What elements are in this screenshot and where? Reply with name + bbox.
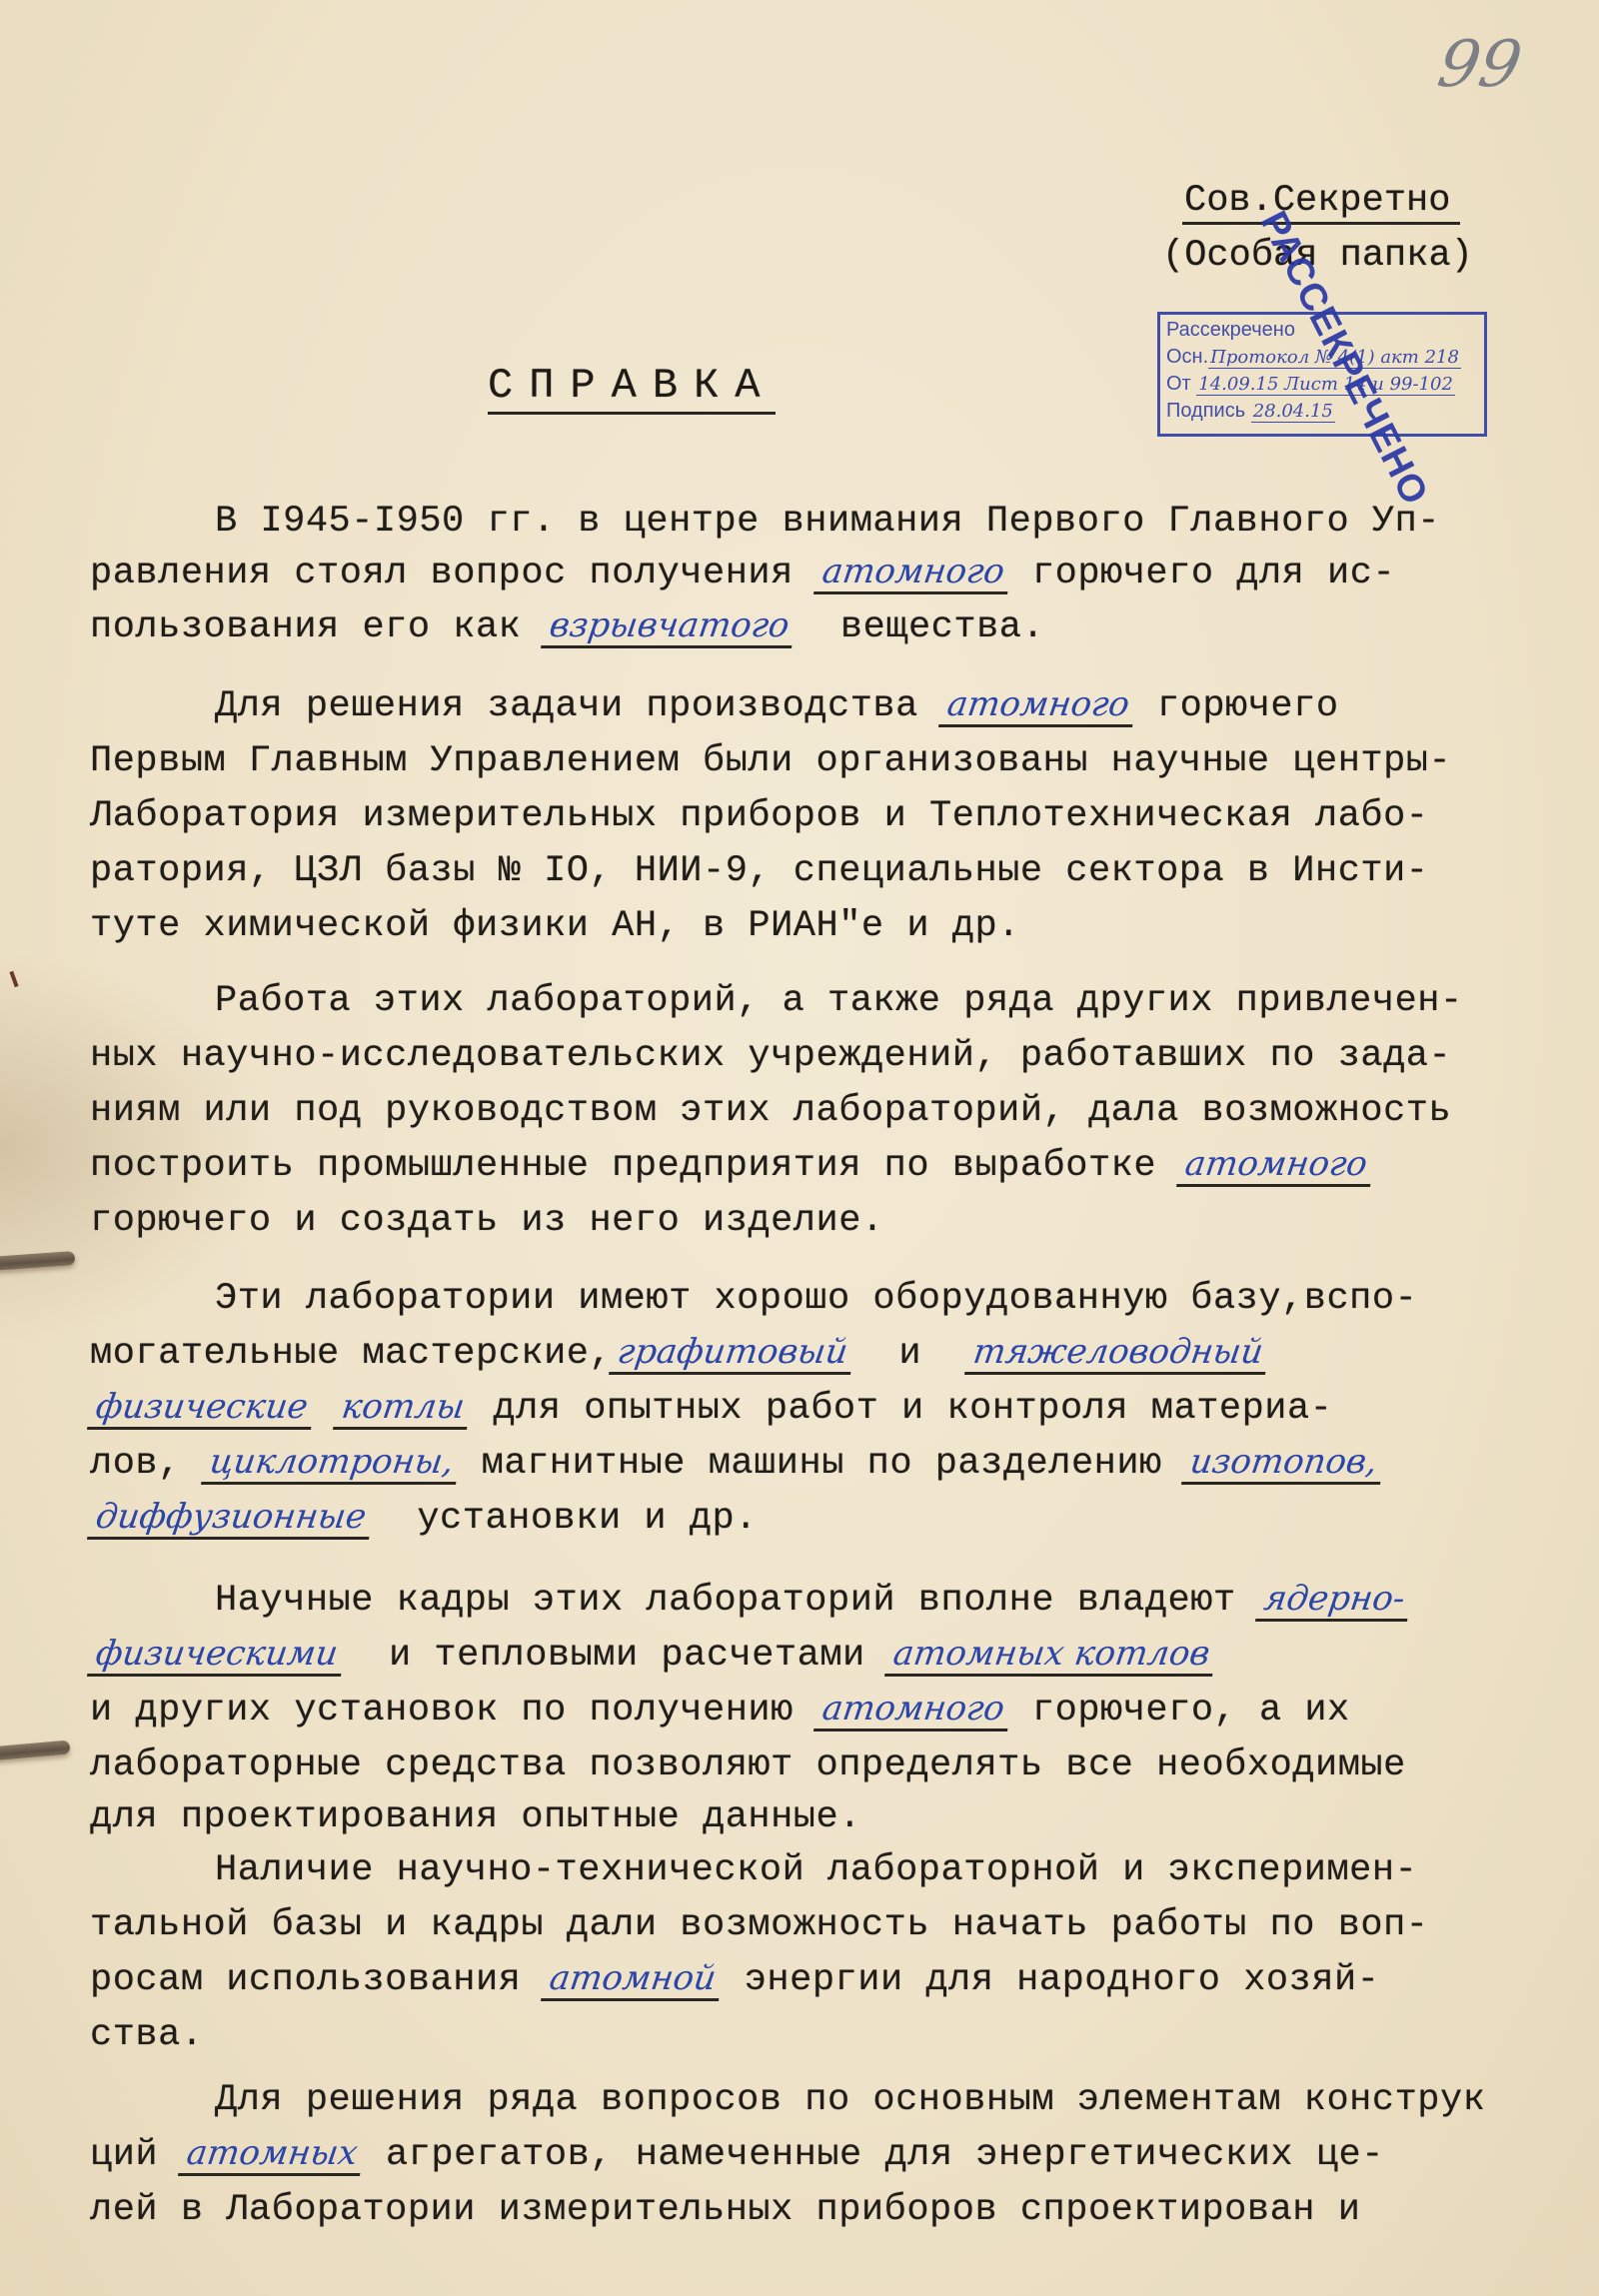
stamp-from-value: 14.09.15 Лист 14 и 99-102 (1196, 374, 1455, 396)
text-line: горючего и создать из него изделие. (90, 1199, 884, 1243)
text-line: ций атомных агрегатов, намеченные для эн… (90, 2133, 1384, 2177)
text-line: лабораторные средства позволяют определя… (90, 1743, 1406, 1787)
handwritten-insert: диффузионные (87, 1497, 375, 1540)
text-line: В I945-I950 гг. в центре внимания Первог… (215, 500, 1440, 544)
text-line: лов, циклотроны, магнитные машины по раз… (90, 1442, 1383, 1486)
handwritten-insert: тяжеловодный (964, 1332, 1271, 1375)
stamp-from-row: От 14.09.15 Лист 14 и 99-102 (1166, 371, 1478, 398)
text-line: Для решения ряда вопросов по основным эл… (215, 2078, 1485, 2122)
text-line: ниям или под руководством этих лаборатор… (90, 1089, 1451, 1133)
text-line: Эти лаборатории имеют хорошо оборудованн… (215, 1277, 1417, 1321)
text-line: Лаборатория измерительных приборов и Теп… (90, 794, 1429, 838)
text-line: туте химической физики АН, в РИАН"е и др… (90, 904, 1020, 948)
text-line: росам использования атомной энергии для … (90, 1958, 1379, 2002)
text-line: Научные кадры этих лабораторий вполне вл… (215, 1579, 1411, 1623)
handwritten-insert: атомного (937, 684, 1137, 727)
handwritten-insert: физическими (87, 1634, 347, 1677)
handwritten-insert: физические (87, 1387, 317, 1430)
stamp-signature-label: Подпись (1166, 400, 1245, 422)
page-number: 99 (1432, 28, 1526, 102)
handwritten-insert: атомного (1176, 1144, 1376, 1187)
binding-string-upper (0, 1251, 75, 1271)
handwritten-insert: атомных (178, 2133, 366, 2176)
text-line: ратория, ЦЗЛ базы № IO, НИИ-9, специальн… (90, 849, 1429, 893)
handwritten-insert: циклотроны, (201, 1442, 462, 1485)
handwritten-insert: изотопов, (1181, 1442, 1386, 1485)
text-line: Работа этих лабораторий, а также ряда др… (215, 979, 1463, 1023)
text-line: построить промышленные предприятия по вы… (90, 1144, 1372, 1188)
text-line: и других установок по получению атомного… (90, 1689, 1350, 1732)
text-line: лей в Лаборатории измерительных приборов… (90, 2188, 1360, 2232)
text-line: тальной базы и кадры дали возможность на… (90, 1903, 1429, 1947)
margin-mark (9, 971, 18, 987)
stamp-signature-value: 28.04.15 (1251, 401, 1335, 423)
stamp-from-label: От (1166, 373, 1191, 395)
handwritten-insert: атомных котлов (884, 1634, 1218, 1677)
text-line: для проектирования опытные данные. (90, 1795, 861, 1839)
stamp-basis-row: Осн.Протокол № 4(1) акт 218 (1166, 344, 1478, 371)
text-line: диффузионные установки и др. (90, 1497, 758, 1541)
stamp-title: Рассекречено (1166, 317, 1478, 344)
text-line: ных научно-исследовательских учреждений,… (90, 1034, 1451, 1078)
declassified-box-stamp: Рассекречено Осн.Протокол № 4(1) акт 218… (1157, 312, 1487, 437)
document-page: 99 Сов.Секретно (Особая папка) РАССЕКРЕЧ… (0, 0, 1599, 2296)
handwritten-insert: взрывчатого (541, 605, 798, 648)
handwritten-insert: атомного (812, 1689, 1012, 1731)
binding-string-lower (0, 1740, 70, 1761)
text-line: физические котлы для опытных работ и кон… (90, 1387, 1332, 1431)
handwritten-insert: атомного (812, 552, 1012, 594)
stamp-basis-value: Протокол № 4(1) акт 218 (1208, 347, 1461, 369)
classification-level: Сов.Секретно (1182, 180, 1460, 225)
text-line: Первым Главным Управлением были организо… (90, 739, 1451, 783)
stamp-basis-label: Осн. (1166, 346, 1208, 368)
text-line: могательные мастерские,графитовый и тяже… (90, 1332, 1268, 1376)
text-line: физическими и тепловыми расчетами атомны… (90, 1634, 1216, 1678)
text-line: ства. (90, 2013, 204, 2057)
handwritten-insert: ядерно- (1255, 1579, 1413, 1622)
text-line: Наличие научно-технической лабораторной … (215, 1848, 1417, 1892)
handwritten-insert: атомной (541, 1958, 725, 2001)
document-title: СПРАВКА (488, 362, 776, 415)
text-line: Для решения задачи производства атомного… (215, 684, 1339, 728)
text-line: пользования его как взрывчатого вещества… (90, 605, 1044, 649)
text-line: равления стоял вопрос получения атомного… (90, 552, 1395, 595)
handwritten-insert: котлы (333, 1387, 473, 1430)
stamp-signature-row: Подпись 28.04.15 (1166, 398, 1478, 425)
handwritten-insert: графитовый (609, 1332, 856, 1375)
